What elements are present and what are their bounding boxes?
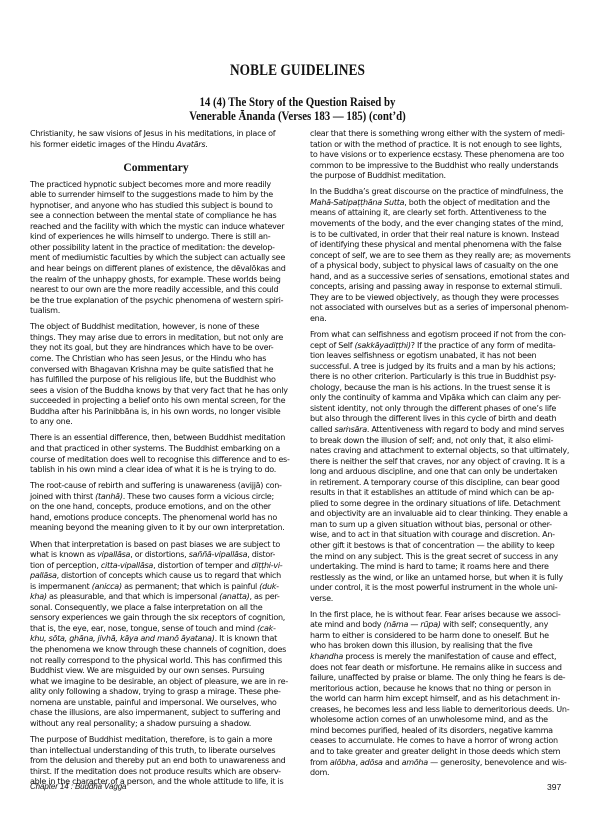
paragraph: The practiced hypnotic subject becomes m… bbox=[30, 180, 282, 317]
paragraph: In the Buddha’s great discourse on the p… bbox=[310, 187, 564, 324]
paragraph: The object of Buddhist meditation, howev… bbox=[30, 322, 282, 427]
page-number: 397 bbox=[547, 782, 561, 792]
book-page: NOBLE GUIDELINES 14 (4) The Story of the… bbox=[0, 0, 595, 829]
section-heading-commentary: Commentary bbox=[30, 163, 282, 174]
paragraph: There is an essential difference, then, … bbox=[30, 433, 282, 475]
story-title-line-1: 14 (4) The Story of the Question Raised … bbox=[42, 95, 554, 109]
paragraph: In the first place, he is without fear. … bbox=[310, 610, 564, 779]
left-column: Christianity, he saw visions of Jesus in… bbox=[30, 129, 282, 793]
story-title-line-2: Venerable Ānanda (Verses 183 — 185) (con… bbox=[42, 109, 554, 123]
paragraph: The purpose of Buddhist meditation, ther… bbox=[30, 735, 282, 788]
story-title: 14 (4) The Story of the Question Raised … bbox=[42, 95, 554, 123]
paragraph: From what can selfishness and egotism pr… bbox=[310, 330, 564, 604]
paragraph: When that interpretation is based on pas… bbox=[30, 540, 282, 730]
footer-chapter-label: Chapter 14 : Buddha Vagga bbox=[30, 782, 126, 791]
right-column: clear that there is something wrong eith… bbox=[310, 129, 564, 784]
paragraph: The root-cause of rebirth and suffering … bbox=[30, 481, 282, 534]
intro-paragraph: Christianity, he saw visions of Jesus in… bbox=[30, 129, 282, 150]
running-title: NOBLE GUIDELINES bbox=[42, 62, 554, 80]
paragraph: clear that there is something wrong eith… bbox=[310, 129, 564, 182]
